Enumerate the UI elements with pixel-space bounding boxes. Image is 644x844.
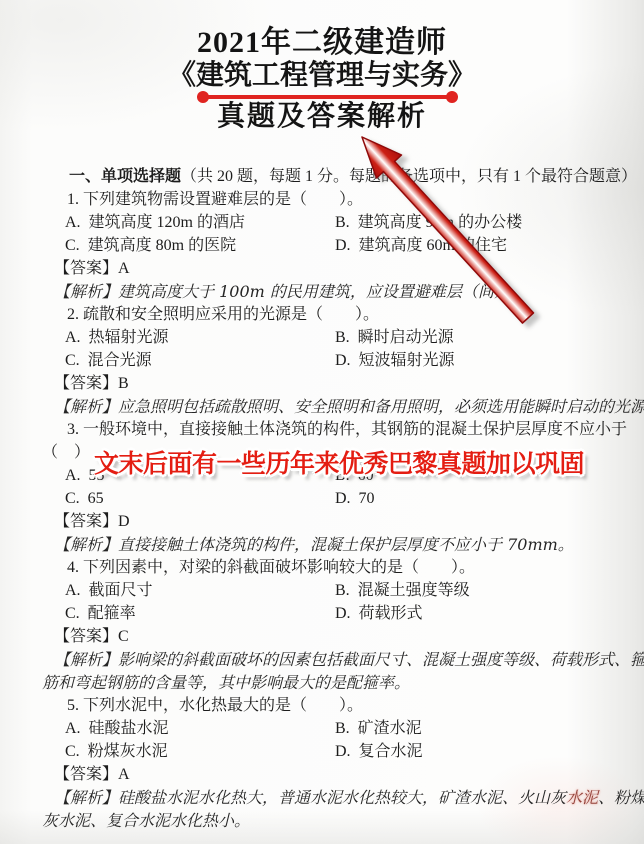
- option-b: B. 矿渣水泥: [335, 717, 422, 740]
- option-a: A. 硅酸盐水泥: [65, 717, 335, 740]
- option-b: D. 荷载形式: [335, 602, 423, 625]
- title-underline-marker: [203, 95, 452, 99]
- question-text: 4. 下列因素中，对梁的斜截面破坏影响较大的是（ ）。: [42, 556, 622, 579]
- title-line-1: 2021年二级建造师: [0, 26, 644, 60]
- analysis-marked-text: 水泥: [566, 788, 598, 807]
- answer-line: 【答案】B: [42, 372, 622, 395]
- option-a: C. 粉煤灰水泥: [65, 740, 335, 763]
- question-text: 3. 一般环境中，直接接触土体浇筑的构件，其钢筋的混凝土保护层厚度不应小于: [42, 418, 622, 441]
- option-row: A. 硅酸盐水泥B. 矿渣水泥: [42, 717, 622, 740]
- answer-line: 【答案】D: [42, 510, 622, 533]
- option-b: B. 混凝土强度等级: [335, 579, 470, 602]
- analysis-line: 【解析】影响梁的斜截面破坏的因素包括截面尺寸、混凝土强度等级、荷载形式、箍: [42, 648, 622, 671]
- answer-label: 【答案】: [54, 513, 118, 530]
- overlay-note: 文末后面有一些历年来优秀巴黎真题加以巩固: [94, 444, 584, 480]
- answer-value: A: [118, 260, 130, 277]
- option-row: C. 混合光源D. 短波辐射光源: [42, 349, 622, 372]
- answer-line: 【答案】A: [42, 763, 622, 786]
- answer-label: 【答案】: [54, 766, 118, 783]
- answer-label: 【答案】: [54, 260, 118, 277]
- analysis-line: 【解析】应急照明包括疏散照明、安全照明和备用照明，必须选用能瞬时启动的光源。: [42, 395, 622, 418]
- analysis-line: 筋和弯起钢筋的含量等，其中影响最大的是配箍率。: [42, 671, 622, 694]
- analysis-line: 【解析】直接接触土体浇筑的构件，混凝土保护层厚度不应小于 70mm。: [42, 533, 622, 556]
- analysis-line: 灰水泥、复合水泥水化热小。: [42, 809, 622, 832]
- option-row: C. 粉煤灰水泥D. 复合水泥: [42, 740, 622, 763]
- page-title-block: 2021年二级建造师 《建筑工程管理与实务》 真题及答案解析: [0, 26, 644, 133]
- red-arrow-icon: [335, 120, 550, 335]
- section-heading-bold: 一、单项选择题: [69, 168, 181, 185]
- question-text: 5. 下列水泥中，水化热最大的是（ ）。: [42, 694, 622, 717]
- option-a: C. 配箍率: [65, 602, 335, 625]
- answer-label: 【答案】: [54, 628, 118, 645]
- option-a: A. 建筑高度 120m 的酒店: [65, 211, 335, 234]
- answer-value: C: [118, 628, 129, 645]
- analysis-text: 、粉煤: [598, 788, 644, 807]
- analysis-text: 【解析】硅酸盐水泥水化热大，普通水泥水化热较大，矿渣水泥、火山灰: [54, 788, 566, 807]
- answer-value: B: [118, 375, 129, 392]
- exam-paper-page: 2021年二级建造师 《建筑工程管理与实务》 真题及答案解析 一、单项选择题（共…: [0, 0, 644, 844]
- option-b: D. 复合水泥: [335, 740, 423, 763]
- option-row: A. 截面尺寸B. 混凝土强度等级: [42, 579, 622, 602]
- answer-value: A: [118, 766, 130, 783]
- option-a: C. 65: [65, 487, 335, 510]
- option-b: D. 短波辐射光源: [335, 349, 455, 372]
- option-b: D. 70: [335, 487, 375, 510]
- answer-value: D: [118, 513, 130, 530]
- option-a: A. 截面尺寸: [65, 579, 335, 602]
- option-a: A. 热辐射光源: [65, 326, 335, 349]
- analysis-line: 【解析】硅酸盐水泥水化热大，普通水泥水化热较大，矿渣水泥、火山灰水泥、粉煤: [42, 786, 622, 809]
- title-line-2: 《建筑工程管理与实务》: [0, 60, 644, 92]
- option-a: C. 建筑高度 80m 的医院: [65, 234, 335, 257]
- answer-line: 【答案】C: [42, 625, 622, 648]
- answer-label: 【答案】: [54, 375, 118, 392]
- option-row: C. 配箍率D. 荷载形式: [42, 602, 622, 625]
- option-a: C. 混合光源: [65, 349, 335, 372]
- option-row: C. 65D. 70: [42, 487, 622, 510]
